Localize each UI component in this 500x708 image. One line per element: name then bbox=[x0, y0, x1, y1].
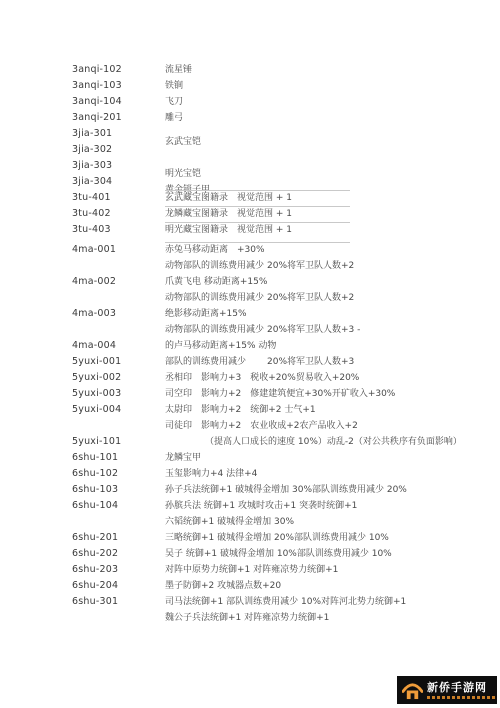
item-code: 3anqi-104 bbox=[72, 94, 165, 110]
item-effect: 司马法统御+1 部队训练费用减少 10%对阵河北势力统御+1 bbox=[165, 594, 406, 610]
item-effect: 的卢马移动距离+15% 动物 bbox=[165, 338, 276, 354]
item-effect: 魏公子兵法统御+1 对阵雍凉势力统御+1 bbox=[165, 610, 329, 626]
item-code: 4ma-003 bbox=[72, 306, 165, 338]
table-row: 6shu-103孙子兵法统御+1 破城得金增加 30%部队训练费用减少 20% bbox=[0, 482, 500, 498]
table-row: 6shu-102玉玺影响力+4 法律+4 bbox=[0, 466, 500, 482]
table-row: 5yuxi-004太尉印 影响力+2 统御+2 士气+1司徒印 影响力+2 农业… bbox=[0, 402, 500, 434]
item-code: 4ma-001 bbox=[72, 242, 165, 274]
item-effect: 龙鳞宝甲 bbox=[165, 450, 201, 466]
item-effect: 流星锤 bbox=[165, 62, 192, 78]
table-row: 5yuxi-002丞相印 影响力+3 税收+20%贸易收入+20% bbox=[0, 370, 500, 386]
item-code: 6shu-202 bbox=[72, 546, 165, 562]
item-effect: 动物部队的训练费用减少 bbox=[165, 258, 267, 274]
item-effect: 对阵中原势力统御+1 对阵雍凉势力统御+1 bbox=[165, 562, 338, 578]
item-effect: 太尉印 影响力+2 统御+2 士气+1 bbox=[165, 402, 316, 418]
item-effect: 明光藏宝图籍录 视觉范围 + 1 bbox=[165, 222, 292, 238]
table-row: 6shu-101龙鳞宝甲 bbox=[0, 450, 500, 466]
item-effect: 部队的训练费用减少 bbox=[165, 354, 267, 370]
site-watermark: 新侨手游网 bbox=[397, 676, 497, 704]
item-code: 3tu-403 bbox=[72, 222, 165, 238]
table-row: 3jia-301玄武宝铠 bbox=[0, 126, 500, 142]
item-code: 5yuxi-003 bbox=[72, 386, 165, 402]
item-effect: （提高人口成长的速度 10%）动乱-2（对公共秩序有负面影响） bbox=[205, 434, 462, 450]
item-code: 3anqi-102 bbox=[72, 62, 165, 78]
item-code: 5yuxi-101 bbox=[72, 434, 165, 450]
table-row: 3jia-303明光宝铠 bbox=[0, 158, 500, 174]
table-row: 6shu-104孙膑兵法 统御+1 攻城时攻击+1 突袭时统御+1六韬统御+1 … bbox=[0, 498, 500, 530]
item-code: 3jia-303 bbox=[72, 158, 165, 174]
item-effect: 玄武藏宝图籍录 视觉范围 + 1 bbox=[165, 190, 292, 206]
table-row: 3tu-401玄武藏宝图籍录 视觉范围 + 1 bbox=[0, 190, 500, 206]
table-row: 4ma-002爪黄飞电 移动距离+15%动物部队的训练费用减少20%将军卫队人数… bbox=[0, 274, 500, 306]
item-code: 4ma-002 bbox=[72, 274, 165, 306]
item-code: 3anqi-103 bbox=[72, 78, 165, 94]
item-effect: 绝影移动距离+15% bbox=[165, 306, 247, 322]
item-code: 6shu-103 bbox=[72, 482, 165, 498]
item-effect: 赤兔马移动距离 +30% bbox=[165, 242, 265, 258]
item-table: 3anqi-102流星锤3anqi-103铁锏3anqi-104飞刀3anqi-… bbox=[0, 62, 500, 626]
item-code: 6shu-104 bbox=[72, 498, 165, 530]
table-row: 3anqi-104飞刀 bbox=[0, 94, 500, 110]
item-effect: 玉玺影响力+4 法律+4 bbox=[165, 466, 257, 482]
item-code: 6shu-204 bbox=[72, 578, 165, 594]
table-row: 3tu-403明光藏宝图籍录 视觉范围 + 1 bbox=[0, 222, 500, 238]
item-code: 5yuxi-001 bbox=[72, 354, 165, 370]
item-code: 3jia-304 bbox=[72, 174, 165, 190]
table-row: 4ma-001赤兔马移动距离 +30%动物部队的训练费用减少20%将军卫队人数+… bbox=[0, 242, 500, 274]
item-effect: 吴子 统御+1 破城得金增加 10%部队训练费用减少 10% bbox=[165, 546, 392, 562]
table-row: 3tu-402龙鳞藏宝图籍录 视觉范围 + 1 bbox=[0, 206, 500, 222]
item-effect: 墨子防御+2 攻城器点数+20 bbox=[165, 578, 281, 594]
item-code: 3jia-302 bbox=[72, 142, 165, 158]
item-effect: 飞刀 bbox=[165, 94, 183, 110]
item-code: 4ma-004 bbox=[72, 338, 165, 354]
item-effect-extra: 20%将军卫队人数+2 bbox=[267, 258, 354, 274]
table-row: 6shu-202吴子 统御+1 破城得金增加 10%部队训练费用减少 10% bbox=[0, 546, 500, 562]
table-row: 6shu-201三略统御+1 破城得金增加 20%部队训练费用减少 10% bbox=[0, 530, 500, 546]
table-row: 5yuxi-001部队的训练费用减少20%将军卫队人数+3 bbox=[0, 354, 500, 370]
item-code: 3tu-402 bbox=[72, 206, 165, 222]
item-effect-extra: 20%将军卫队人数+3 bbox=[267, 354, 354, 370]
item-effect: 六韬统御+1 破城得金增加 30% bbox=[165, 514, 294, 530]
site-name: 新侨手游网 bbox=[427, 682, 492, 694]
item-effect: 雕弓 bbox=[165, 110, 183, 126]
item-code: 3jia-301 bbox=[72, 126, 165, 142]
item-effect: 三略统御+1 破城得金增加 20%部队训练费用减少 10% bbox=[165, 530, 389, 546]
house-icon bbox=[402, 681, 423, 700]
item-effect: 爪黄飞电 移动距离+15% bbox=[165, 274, 267, 290]
item-code: 6shu-201 bbox=[72, 530, 165, 546]
item-code: 3tu-401 bbox=[72, 190, 165, 206]
item-effect: 孙子兵法统御+1 破城得金增加 30%部队训练费用减少 20% bbox=[165, 482, 407, 498]
item-effect-extra: 20%将军卫队人数+2 bbox=[267, 290, 354, 306]
item-effect: 龙鳞藏宝图籍录 视觉范围 + 1 bbox=[165, 206, 292, 222]
item-effect: 铁锏 bbox=[165, 78, 183, 94]
item-effect: 动物部队的训练费用减少 bbox=[165, 290, 267, 306]
site-tagline-strip bbox=[427, 696, 497, 699]
item-effect: 司徒印 影响力+2 农业收成+2农产品收入+2 bbox=[165, 418, 358, 434]
table-row: 3jia-302 bbox=[0, 142, 500, 158]
item-effect: 丞相印 影响力+3 税收+20%贸易收入+20% bbox=[165, 370, 359, 386]
table-row: 6shu-203对阵中原势力统御+1 对阵雍凉势力统御+1 bbox=[0, 562, 500, 578]
table-row: 4ma-003绝影移动距离+15%动物部队的训练费用减少20%将军卫队人数+3 … bbox=[0, 306, 500, 338]
table-row: 6shu-301司马法统御+1 部队训练费用减少 10%对阵河北势力统御+1魏公… bbox=[0, 594, 500, 626]
item-code: 5yuxi-002 bbox=[72, 370, 165, 386]
table-row: 6shu-204墨子防御+2 攻城器点数+20 bbox=[0, 578, 500, 594]
table-row: 5yuxi-101（提高人口成长的速度 10%）动乱-2（对公共秩序有负面影响） bbox=[0, 434, 500, 450]
item-effect: 孙膑兵法 统御+1 攻城时攻击+1 突袭时统御+1 bbox=[165, 498, 357, 514]
item-code: 6shu-301 bbox=[72, 594, 165, 626]
item-code: 6shu-101 bbox=[72, 450, 165, 466]
table-row: 3anqi-102流星锤 bbox=[0, 62, 500, 78]
item-code: 5yuxi-004 bbox=[72, 402, 165, 434]
item-effect: 司空印 影响力+2 修建建筑便宜+30%开矿收入+30% bbox=[165, 386, 395, 402]
table-row: 5yuxi-003司空印 影响力+2 修建建筑便宜+30%开矿收入+30% bbox=[0, 386, 500, 402]
table-row: 3anqi-103铁锏 bbox=[0, 78, 500, 94]
item-code: 6shu-102 bbox=[72, 466, 165, 482]
table-row: 3anqi-201雕弓 bbox=[0, 110, 500, 126]
item-effect: 动物部队的训练费用减少 bbox=[165, 322, 267, 338]
table-row: 4ma-004的卢马移动距离+15% 动物 bbox=[0, 338, 500, 354]
item-code: 6shu-203 bbox=[72, 562, 165, 578]
item-effect-extra: 20%将军卫队人数+3 - bbox=[267, 322, 360, 338]
item-code: 3anqi-201 bbox=[72, 110, 165, 126]
item-effect: 明光宝铠 bbox=[165, 166, 201, 182]
